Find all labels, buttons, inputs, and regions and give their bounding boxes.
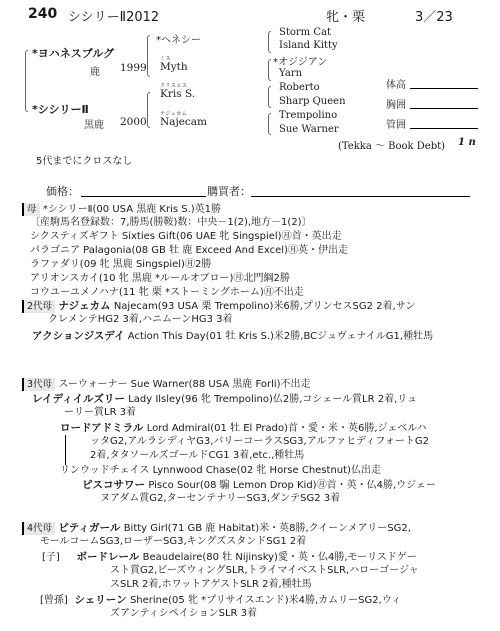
gen2-sire-sire: *ヘネシー (156, 31, 201, 46)
grandchild-name: ロードアドミラル (60, 422, 143, 434)
child-record-cont: スSLR 2着,ホワットアゲストSLR 2着,種牡馬 (110, 578, 312, 592)
brace (268, 31, 271, 53)
offspring-record: Lady Ilsley(96 牝 Trempolino)仏2勝,コシェール賞LR… (128, 394, 417, 405)
dam-offspring: ラファダリ(09 牝 黒鹿 Singspiel)㊊2勝 (30, 258, 211, 272)
buyer-label: 購買者： (207, 183, 251, 199)
chest-label: 胸囲 (386, 96, 406, 111)
family-note: (Tekka ～ Book Debt) (338, 137, 445, 152)
brace (147, 92, 150, 128)
price-field[interactable] (81, 182, 206, 197)
buyer-field[interactable] (251, 182, 470, 197)
height-field[interactable] (410, 76, 478, 89)
offspring-record-cont: ーリー賞LR 3着 (64, 406, 136, 420)
section-label-2nd-dam: 2代母 (22, 300, 55, 313)
brace (147, 35, 150, 77)
birth-date: 3／23 (415, 6, 453, 25)
dam-name: *シシリーⅡ (32, 101, 89, 117)
dam-summary: *シシリーⅡ(00 USA 黒鹿 Kris S.)英1勝 (43, 204, 221, 215)
sire-color: 鹿 (90, 63, 100, 78)
child-record: Beaudelaire(80 牡 Nijinsky)愛・英・仏4勝,モーリスドゲ… (143, 552, 417, 563)
family-number: 1 n (458, 137, 476, 148)
section-label-dam: 母 (22, 203, 40, 216)
second-dam-record: Najecam(93 USA 栗 Trempolino)米6勝,プリンセスSG2… (114, 301, 415, 312)
offspring-name: レイディイルズリー (32, 393, 125, 405)
price-label: 価格： (46, 183, 79, 199)
dam-offspring: シクスティズギフト Sixties Gift(06 UAE 牝 Singspie… (30, 230, 342, 244)
gen3-6: Sharp Queen (279, 96, 346, 107)
gen2-dam-dam: Najecam (160, 116, 207, 128)
fourth-dam-name: ビティガール (58, 522, 120, 534)
fourth-dam-record-cont: モールコームSG3,ローザーSG3,キングズスタンドSG1 2着 (40, 535, 306, 549)
connector-line (65, 435, 66, 465)
dam-year: 2000 (120, 116, 147, 128)
fourth-dam-record: Bitty Girl(71 GB 鹿 Habitat)米・英8勝,クイーンメアリ… (124, 523, 411, 534)
grandchild-record-cont: ッタG2,アルラシディヤG3,バリーコーラスSG3,アルファヒディフォートG2 (90, 435, 429, 449)
cannon-field[interactable] (410, 116, 478, 129)
gen3-4: Yarn (279, 68, 302, 79)
height-label: 体高 (386, 76, 406, 91)
horse-title: シシリーⅡ2012 (68, 6, 159, 25)
second-dam-record-cont: クレメンテHG2 3着,ハニムーンHG3 3着 (48, 313, 233, 327)
grandchild-name: ピスコサワー (82, 479, 145, 491)
dam-offspring: パラゴニア Palagonia(08 GB 牡 鹿 Exceed And Exc… (30, 244, 348, 258)
gen3-8: Sue Warner (279, 124, 339, 135)
grandchild-record: Lord Admiral(01 牡 El Prado)首・愛・米・英6勝,ジェベ… (147, 423, 427, 434)
ggc-record: Sherine(05 牝 *プリサイスエンド)米4勝,カムリーSG2,ウィ (130, 595, 401, 606)
sire-name: *ヨハネスブルグ (32, 45, 114, 61)
second-dam-name: ナジェカム (58, 300, 110, 312)
child-name: ボードレール (77, 551, 140, 563)
sire-year: 1999 (120, 62, 147, 74)
gen2-dam-sire: Kris S. (160, 88, 195, 100)
ggc-tag: [曾孫] (40, 595, 68, 606)
section-label-4th-dam: 4代母 (22, 522, 55, 535)
offspring-record: リンウッドチェイス Lynnwood Chase(02 牝 Horse Ches… (60, 464, 381, 478)
sex-color: 牝・栗 (326, 6, 365, 25)
lot-number: 240 (28, 6, 57, 22)
dam-offspring: コウユーユメノハナ(11 牝 栗 *ストーミングホーム)㊊不出走 (30, 286, 304, 300)
gen3-7: Trempolino (279, 110, 337, 121)
offspring-name: アクションジスデイ (32, 330, 124, 342)
child-record-cont: スト賞G2,ビーズウィングSLR,トライマイベストSLR,ハローゴージャ (110, 564, 419, 578)
grandchild-record: Pisco Sour(08 騸 Lemon Drop Kid)㊊首・英・仏4勝,… (148, 480, 436, 491)
dam-color: 黒鹿 (84, 116, 104, 131)
section-label-3rd-dam: 3代母 (22, 378, 55, 391)
ggc-record-cont: ズアンティシペイションSLR 3着 (110, 607, 257, 621)
gen3-2: Island Kitty (279, 40, 338, 51)
gen3-5: Roberto (279, 82, 320, 93)
brace (268, 86, 271, 108)
grandchild-record-cont: 2着,タタソールズゴールドCG1 3着,etc.,種牡馬 (90, 449, 304, 463)
child-tag: [子] (42, 552, 60, 563)
cross-note: 5代までにクロスなし (36, 152, 132, 167)
cannon-label: 管囲 (386, 116, 406, 131)
offspring-record: Action This Day(01 牡 Kris S.)米2勝,BCジュヴェナ… (128, 331, 433, 342)
gen2-sire-dam: Myth (160, 61, 188, 73)
brace (25, 50, 28, 112)
brace (268, 113, 271, 135)
dam-offspring: アリオンスカイ(10 牝 黒鹿 *ルールオブロー)㊊北門綱2勝 (30, 272, 290, 286)
grandchild-record-cont: ヌアダム賞G2,ターセンテナリーSG3,ダンテSG2 3着 (100, 492, 340, 506)
third-dam-record: スーウォーナー Sue Warner(88 USA 黒鹿 Forli)不出走 (58, 379, 310, 390)
ggc-name: シェリーン (75, 594, 127, 606)
chest-field[interactable] (410, 96, 478, 109)
gen3-3: *オジジアン (273, 53, 327, 68)
dam-produce-stats: 〔産駒馬名登録数：7,勝馬(勝鞍)数：中央－1(2),地方－1(2)〕 (30, 216, 312, 230)
brace (268, 59, 271, 81)
gen3-1: Storm Cat (279, 27, 331, 38)
